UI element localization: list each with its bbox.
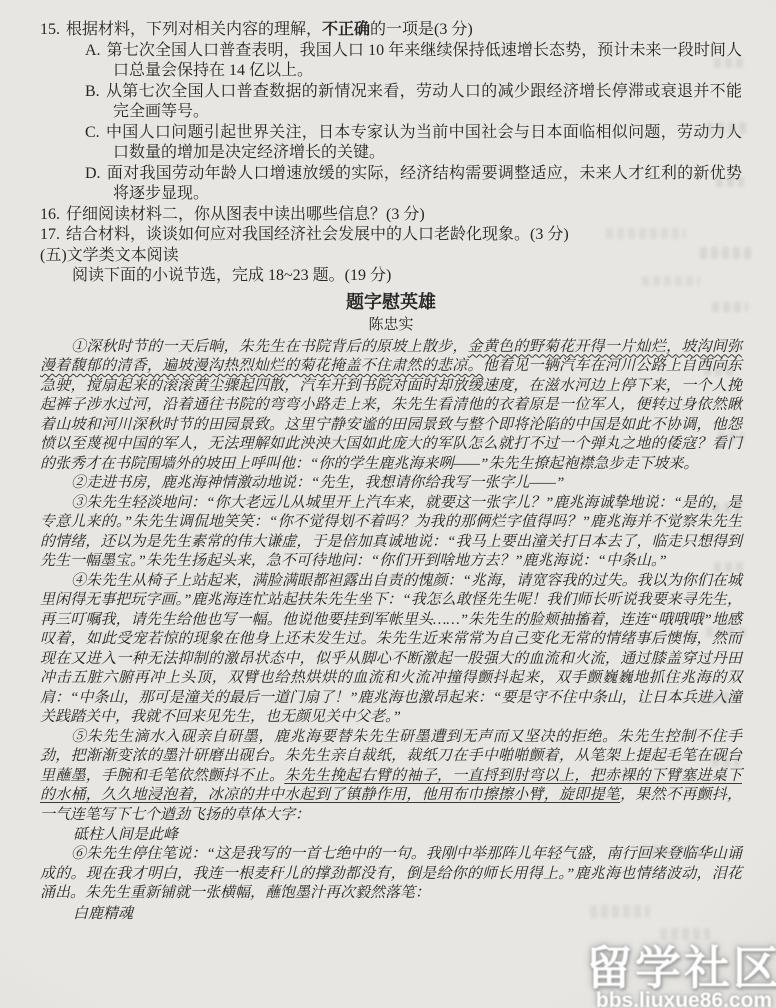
question-15-option-a: A.第七次全国人口普查表明，我国人口 10 年来继续保持低速增长态势，预计未来一… bbox=[40, 41, 742, 82]
option-a-label: A. bbox=[85, 42, 101, 59]
bleed-through-mark bbox=[706, 627, 746, 637]
bleed-through-mark bbox=[706, 122, 748, 134]
question-16: 16.仔细阅读材料二，你从图表中读出哪些信息？(3 分) bbox=[40, 205, 742, 226]
option-c-label: C. bbox=[85, 124, 100, 141]
passage-paragraph-6: ⑥朱先生停住笔说：“这是我写的一首七绝中的一句。我刚中举那阵儿年轻气盛，南行回来… bbox=[40, 845, 742, 904]
bleed-through-mark bbox=[702, 502, 746, 514]
option-d-text: 面对我国劳动年龄人口增速放缓的实际，经济结构需要调整适应，未来人才红利的新优势将… bbox=[107, 165, 742, 203]
question-15-option-c: C.中国人口问题引起世界关注，日本专家认为当前中国社会与日本面临相似问题，劳动力… bbox=[40, 123, 742, 164]
question-17-text: 结合材料，谈谈如何应对我国经济社会发展中的人口老龄化现象。(3 分) bbox=[66, 226, 569, 243]
passage-paragraph-2: ②走进书房，鹿兆海神情激动地说：“先生，我想请你给我写一张字儿——” bbox=[40, 474, 742, 494]
bleed-through-mark bbox=[660, 928, 710, 940]
passage-paragraph-3: ③朱先生轻淡地问：“你大老远儿从城里开上汽车来，就要这一张字儿？”鹿兆海诚挚地说… bbox=[40, 494, 742, 572]
passage-title: 题字慰英雄 bbox=[40, 290, 742, 314]
watermark: 留学社区 bbs.liuxue86.com bbox=[586, 945, 776, 1008]
option-b-label: B. bbox=[85, 83, 100, 100]
bleed-through-mark bbox=[700, 692, 734, 704]
option-b-text: 从第七次全国人口普查数据的新情况来看，劳动人口的减少跟经济增长停滞或衰退并不能完… bbox=[106, 83, 742, 121]
bleed-through-mark bbox=[718, 432, 744, 442]
question-15-option-d: D.面对我国劳动年龄人口增速放缓的实际，经济结构需要调整适应，未来人才红利的新优… bbox=[40, 164, 742, 205]
page-content: 15.根据材料，下列对相关内容的理解，不正确的一项是(3 分) A.第七次全国人… bbox=[40, 20, 742, 924]
question-16-text: 仔细阅读材料二，你从图表中读出哪些信息？(3 分) bbox=[66, 206, 425, 223]
reading-instruction: 阅读下面的小说节选，完成 18~23 题。(19 分) bbox=[40, 266, 742, 287]
question-15-bold-text: 不正确 bbox=[322, 21, 370, 38]
watermark-site-name: 留学社区 bbox=[586, 945, 776, 991]
bleed-through-mark bbox=[640, 845, 710, 857]
bleed-through-mark bbox=[606, 228, 686, 239]
bleed-through-mark bbox=[704, 366, 734, 376]
question-15-text-after: 的一项是(3 分) bbox=[370, 21, 473, 38]
question-17-number: 17. bbox=[40, 226, 60, 243]
paragraph-1-text-after: 他看见一辆汽车在河川公路上自西向东急驶，搅扇起来的滚滚黄尘骤起四散，汽车开到书院… bbox=[40, 358, 742, 472]
watermark-site-url: bbs.liuxue86.com bbox=[586, 991, 776, 1008]
option-d-label: D. bbox=[85, 165, 101, 182]
bleed-through-mark bbox=[712, 302, 748, 312]
exam-page-scan: 15.根据材料，下列对相关内容的理解，不正确的一项是(3 分) A.第七次全国人… bbox=[0, 0, 776, 1008]
bleed-through-mark bbox=[700, 247, 752, 259]
passage-paragraph-4: ④朱先生从椅子上站起来，满脸满眼都袒露出自责的愧颜：“兆海，请宽容我的过失。我以… bbox=[40, 572, 742, 728]
option-c-text: 中国人口问题引起世界关注，日本专家认为当前中国社会与日本面临相似问题，劳动力人口… bbox=[106, 124, 742, 162]
option-a-text: 第七次全国人口普查表明，我国人口 10 年来继续保持低速增长态势，预计未来一段时… bbox=[107, 42, 742, 80]
question-15: 15.根据材料，下列对相关内容的理解，不正确的一项是(3 分) bbox=[40, 20, 742, 41]
bleed-through-mark bbox=[714, 58, 746, 68]
question-16-number: 16. bbox=[40, 206, 60, 223]
bleed-through-mark bbox=[714, 562, 744, 572]
section-heading: (五)文学类文本阅读 bbox=[40, 246, 742, 267]
calligraphy-line-1: 砥柱人间是此峰 bbox=[40, 825, 742, 845]
bleed-through-mark bbox=[712, 757, 740, 767]
bleed-through-mark bbox=[642, 276, 700, 286]
question-block: 15.根据材料，下列对相关内容的理解，不正确的一项是(3 分) A.第七次全国人… bbox=[40, 20, 742, 287]
passage-paragraph-1: ①深秋时节的一天后晌，朱先生在书院背后的原坡上散步，金黄色的野菊花开得一片灿烂，… bbox=[40, 338, 742, 475]
bleed-through-mark bbox=[716, 177, 744, 187]
paragraph-1-text: ①深秋时节的一天后晌，朱先生在书院背后的原坡上散步， bbox=[71, 339, 468, 355]
passage-paragraph-5: ⑤朱先生滴水入砚亲自研墨，鹿兆海要替朱先生研墨遭到无声而又坚决的拒绝。朱先生控制… bbox=[40, 728, 742, 826]
question-15-number: 15. bbox=[40, 21, 60, 38]
question-15-text: 根据材料，下列对相关内容的理解， bbox=[66, 21, 322, 38]
question-15-option-b: B.从第七次全国人口普查数据的新情况来看，劳动人口的减少跟经济增长停滞或衰退并不… bbox=[40, 82, 742, 123]
passage-block: 题字慰英雄 陈忠实 ①深秋时节的一天后晌，朱先生在书院背后的原坡上散步，金黄色的… bbox=[40, 290, 742, 924]
passage-author: 陈忠实 bbox=[40, 315, 742, 335]
bleed-through-mark bbox=[590, 905, 650, 918]
